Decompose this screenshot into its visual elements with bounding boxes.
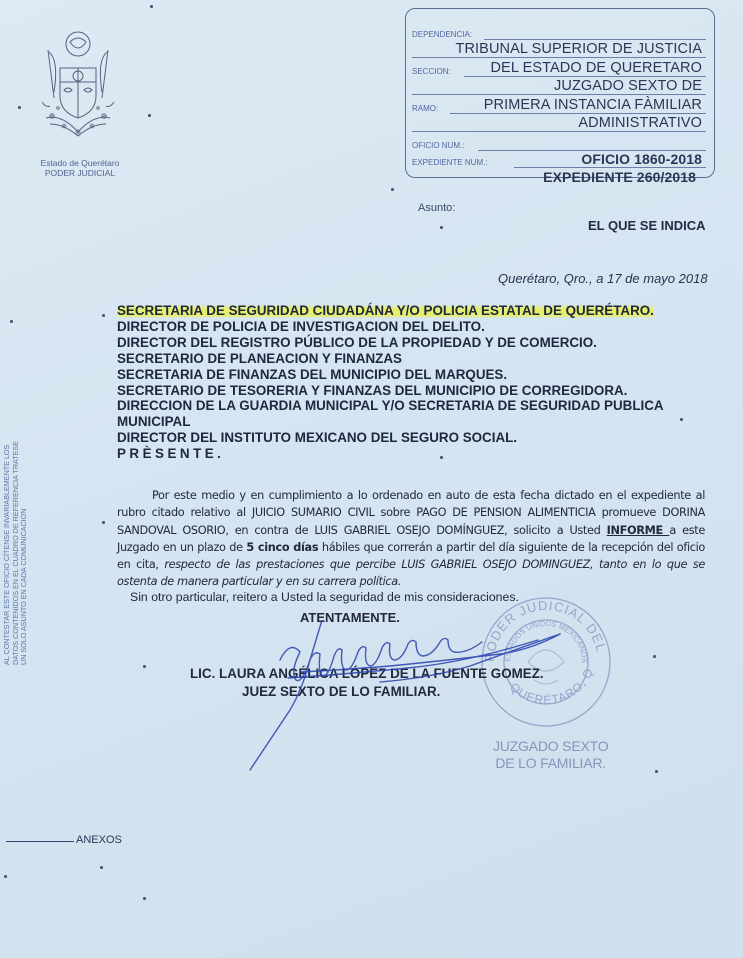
addressee-highlighted: SECRETARIA DE SEGURIDAD CIUDADÁNA Y/O PO… <box>117 303 654 318</box>
paper-speck <box>440 226 443 229</box>
expediente-label: EXPEDIENTE NUM.: <box>412 158 488 167</box>
ref-row-expediente: EXPEDIENTE NUM.: OFICIO 1860-2018 <box>412 150 706 170</box>
paper-speck <box>680 418 683 421</box>
asunto-label: Asunto: <box>418 202 455 214</box>
ref-row-expediente-2: EXPEDIENTE 260/2018 <box>412 168 706 188</box>
paper-speck <box>143 665 146 668</box>
addressee-item: SECRETARIA DE SEGURIDAD CIUDADÁNA Y/O PO… <box>117 303 664 319</box>
ramo-value: PRIMERA INSTANCIA FÀMILIAR <box>484 97 702 113</box>
body-paragraph: Por este medio y en cumplimiento a lo or… <box>117 487 705 591</box>
reply-instructions-note: AL CONTESTAR ESTE OFICIO CÍTENSE INVARIA… <box>3 395 29 665</box>
court-stamp-line1: JUZGADO SEXTO <box>493 738 608 755</box>
court-stamp-line2: DE LO FAMILIAR. <box>493 755 608 772</box>
ref-row-ramo-2: ADMINISTRATIVO <box>412 114 706 134</box>
seccion-label: SECCION: <box>412 67 451 76</box>
paper-speck <box>148 114 151 117</box>
expediente-number-value: EXPEDIENTE 260/2018 <box>543 169 696 185</box>
side-note-line: UN SOLO ASUNTO EN CADA COMUNICACION <box>20 395 29 665</box>
paper-speck <box>143 897 146 900</box>
seccion-line-2 <box>412 94 706 95</box>
ref-row-seccion: SECCION: DEL ESTADO DE QUERETARO <box>412 59 706 79</box>
paper-speck <box>440 456 443 459</box>
state-coat-of-arms-icon <box>38 28 118 143</box>
ref-row-seccion-2: JUZGADO SEXTO DE <box>412 77 706 97</box>
oficio-label: OFICIO NUM.: <box>412 141 464 150</box>
deadline-text: 5 cinco días <box>246 541 318 554</box>
addressee-item: SECRETARIA DE FINANZAS DEL MUNICIPIO DEL… <box>117 367 664 383</box>
paper-speck <box>10 320 13 323</box>
ramo-line-2 <box>412 131 706 132</box>
addressee-item: SECRETARIO DE PLANEACION Y FINANZAS <box>117 351 664 367</box>
seccion-value-2: JUZGADO SEXTO DE <box>554 78 702 94</box>
court-stamp: JUZGADO SEXTO DE LO FAMILIAR. <box>493 738 608 772</box>
anexos-blank-line <box>6 841 74 842</box>
reference-box: DEPENDENCIA: TRIBUNAL SUPERIOR DE JUSTIC… <box>405 8 715 178</box>
addressee-list: SECRETARIA DE SEGURIDAD CIUDADÁNA Y/O PO… <box>117 303 664 462</box>
oficio-number-value: OFICIO 1860-2018 <box>581 151 702 167</box>
anexos-label: ANEXOS <box>76 834 122 846</box>
ramo-label: RAMO: <box>412 104 438 113</box>
addressee-item: DIRECCION DE LA GUARDIA MUNICIPAL Y/O SE… <box>117 398 664 414</box>
addressee-item: DIRECTOR DE POLICIA DE INVESTIGACION DEL… <box>117 319 664 335</box>
informe-keyword: INFORME <box>607 524 670 537</box>
dependencia-label: DEPENDENCIA: <box>412 30 472 39</box>
addressee-item: MUNICIPAL <box>117 414 664 430</box>
ramo-value-2: ADMINISTRATIVO <box>578 115 702 131</box>
presente-line: PRÈSENTE. <box>117 446 664 462</box>
paper-speck <box>18 106 21 109</box>
paper-speck <box>655 770 658 773</box>
paper-speck <box>653 655 656 658</box>
paper-speck <box>102 521 105 524</box>
letterhead-caption: Estado de Querétaro PODER JUDICIAL <box>30 158 130 178</box>
paper-speck <box>4 875 7 878</box>
body-text-italic: respecto de las prestaciones que percibe… <box>117 558 705 588</box>
dependencia-value: TRIBUNAL SUPERIOR DE JUSTICIA <box>456 41 702 57</box>
paper-speck <box>391 188 394 191</box>
addressee-item: DIRECTOR DEL REGISTRO PÚBLICO DE LA PROP… <box>117 335 664 351</box>
paper-speck <box>102 314 105 317</box>
ref-row-dependencia-2: TRIBUNAL SUPERIOR DE JUSTICIA <box>412 40 706 60</box>
date-line: Querétaro, Qro., a 17 de mayo 2018 <box>498 271 708 286</box>
ref-row-dependencia: DEPENDENCIA: <box>412 22 706 42</box>
paper-speck <box>100 866 103 869</box>
anexos-field: ANEXOS <box>6 834 122 846</box>
letterhead-state: Estado de Querétaro <box>30 158 130 168</box>
closing-line: Sin otro particular, reitero a Usted la … <box>130 590 519 604</box>
seccion-value: DEL ESTADO DE QUERETARO <box>490 60 702 76</box>
dependencia-line-2 <box>412 57 706 58</box>
addressee-item: DIRECTOR DEL INSTITUTO MEXICANO DEL SEGU… <box>117 430 664 446</box>
addressee-item: SECRETARIO DE TESORERIA Y FINANZAS DEL M… <box>117 383 664 399</box>
ref-row-ramo: RAMO: PRIMERA INSTANCIA FÀMILIAR <box>412 96 706 116</box>
paper-speck <box>150 5 153 8</box>
body-p1: Por este medio y en cumplimiento a lo or… <box>117 487 705 591</box>
asunto-value: EL QUE SE INDICA <box>588 218 706 233</box>
letterhead-branch: PODER JUDICIAL <box>30 168 130 178</box>
